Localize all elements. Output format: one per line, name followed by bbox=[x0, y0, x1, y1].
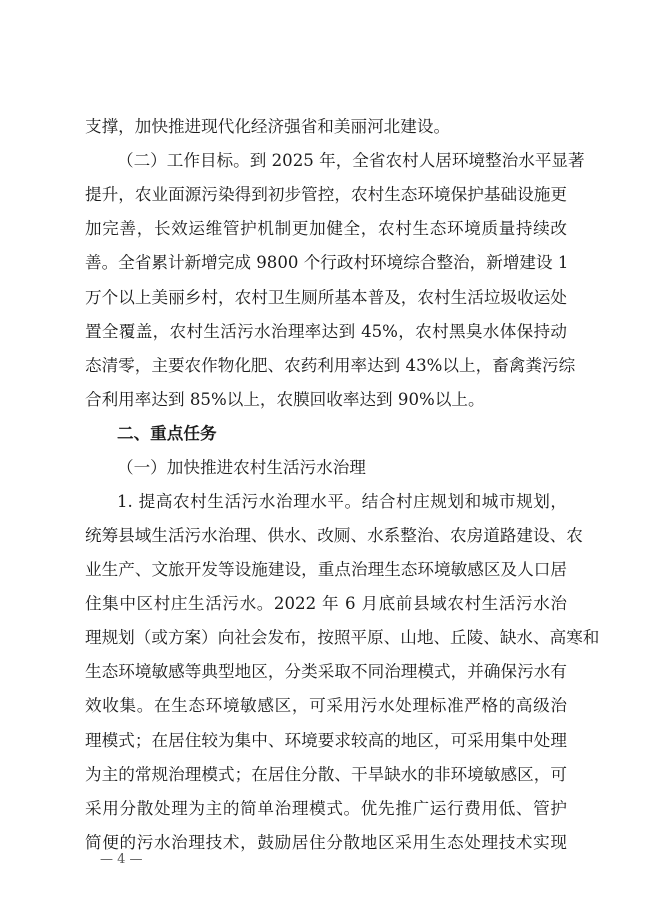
paragraph-line: 合利用率达到 85%以上，农膜回收率达到 90%以上。 bbox=[85, 385, 567, 415]
item-heading-line: 1. 提高农村生活污水治理水平。结合村庄规划和城市规划， bbox=[117, 487, 567, 517]
paragraph-line: 加完善，长效运维管护机制更加健全，农村生态环境质量持续改 bbox=[85, 214, 567, 244]
document-page: 支撑，加快推进现代化经济强省和美丽河北建设。 （二）工作目标。到 2025 年，… bbox=[0, 0, 650, 919]
subsection-heading: （一）加快推进农村生活污水治理 bbox=[117, 453, 567, 483]
paragraph-line: 住集中区村庄生活污水。2022 年 6 月底前县域农村生活污水治 bbox=[85, 589, 567, 619]
paragraph-line: 提升，农业面源污染得到初步管控，农村生态环境保护基础设施更 bbox=[85, 180, 567, 210]
paragraph-line: 效收集。在生态环境敏感区，可采用污水处理标准严格的高级治 bbox=[85, 691, 567, 721]
paragraph-line: 理规划（或方案）向社会发布，按照平原、山地、丘陵、缺水、高寒和 bbox=[85, 623, 567, 653]
paragraph-line: 理模式；在居住较为集中、环境要求较高的地区，可采用集中处理 bbox=[85, 726, 567, 756]
paragraph-line: 简便的污水治理技术，鼓励居住分散地区采用生态处理技术实现 bbox=[85, 828, 567, 858]
work-goal-heading-line: （二）工作目标。到 2025 年，全省农村人居环境整治水平显著 bbox=[117, 146, 567, 176]
paragraph-line: 置全覆盖，农村生活污水治理率达到 45%，农村黑臭水体保持动 bbox=[85, 317, 567, 347]
paragraph-line: 万个以上美丽乡村，农村卫生厕所基本普及，农村生活垃圾收运处 bbox=[85, 283, 567, 313]
section-heading: 二、重点任务 bbox=[117, 419, 567, 449]
paragraph-line: 统筹县域生活污水治理、供水、改厕、水系整治、农房道路建设、农 bbox=[85, 521, 567, 551]
paragraph-line: 采用分散处理为主的简单治理模式。优先推广运行费用低、管护 bbox=[85, 794, 567, 824]
paragraph-line: 支撑，加快推进现代化经济强省和美丽河北建设。 bbox=[85, 112, 567, 142]
paragraph-line: 善。全省累计新增完成 9800 个行政村环境综合整治，新增建设 1 bbox=[85, 248, 567, 278]
page-number: — 4 — bbox=[100, 850, 143, 870]
paragraph-line: 态清零，主要农作物化肥、农药利用率达到 43%以上，畜禽粪污综 bbox=[85, 351, 567, 381]
paragraph-line: 业生产、文旅开发等设施建设，重点治理生态环境敏感区及人口居 bbox=[85, 555, 567, 585]
paragraph-line: 为主的常规治理模式；在居住分散、干旱缺水的非环境敏感区，可 bbox=[85, 760, 567, 790]
paragraph-line: 生态环境敏感等典型地区，分类采取不同治理模式，并确保污水有 bbox=[85, 657, 567, 687]
